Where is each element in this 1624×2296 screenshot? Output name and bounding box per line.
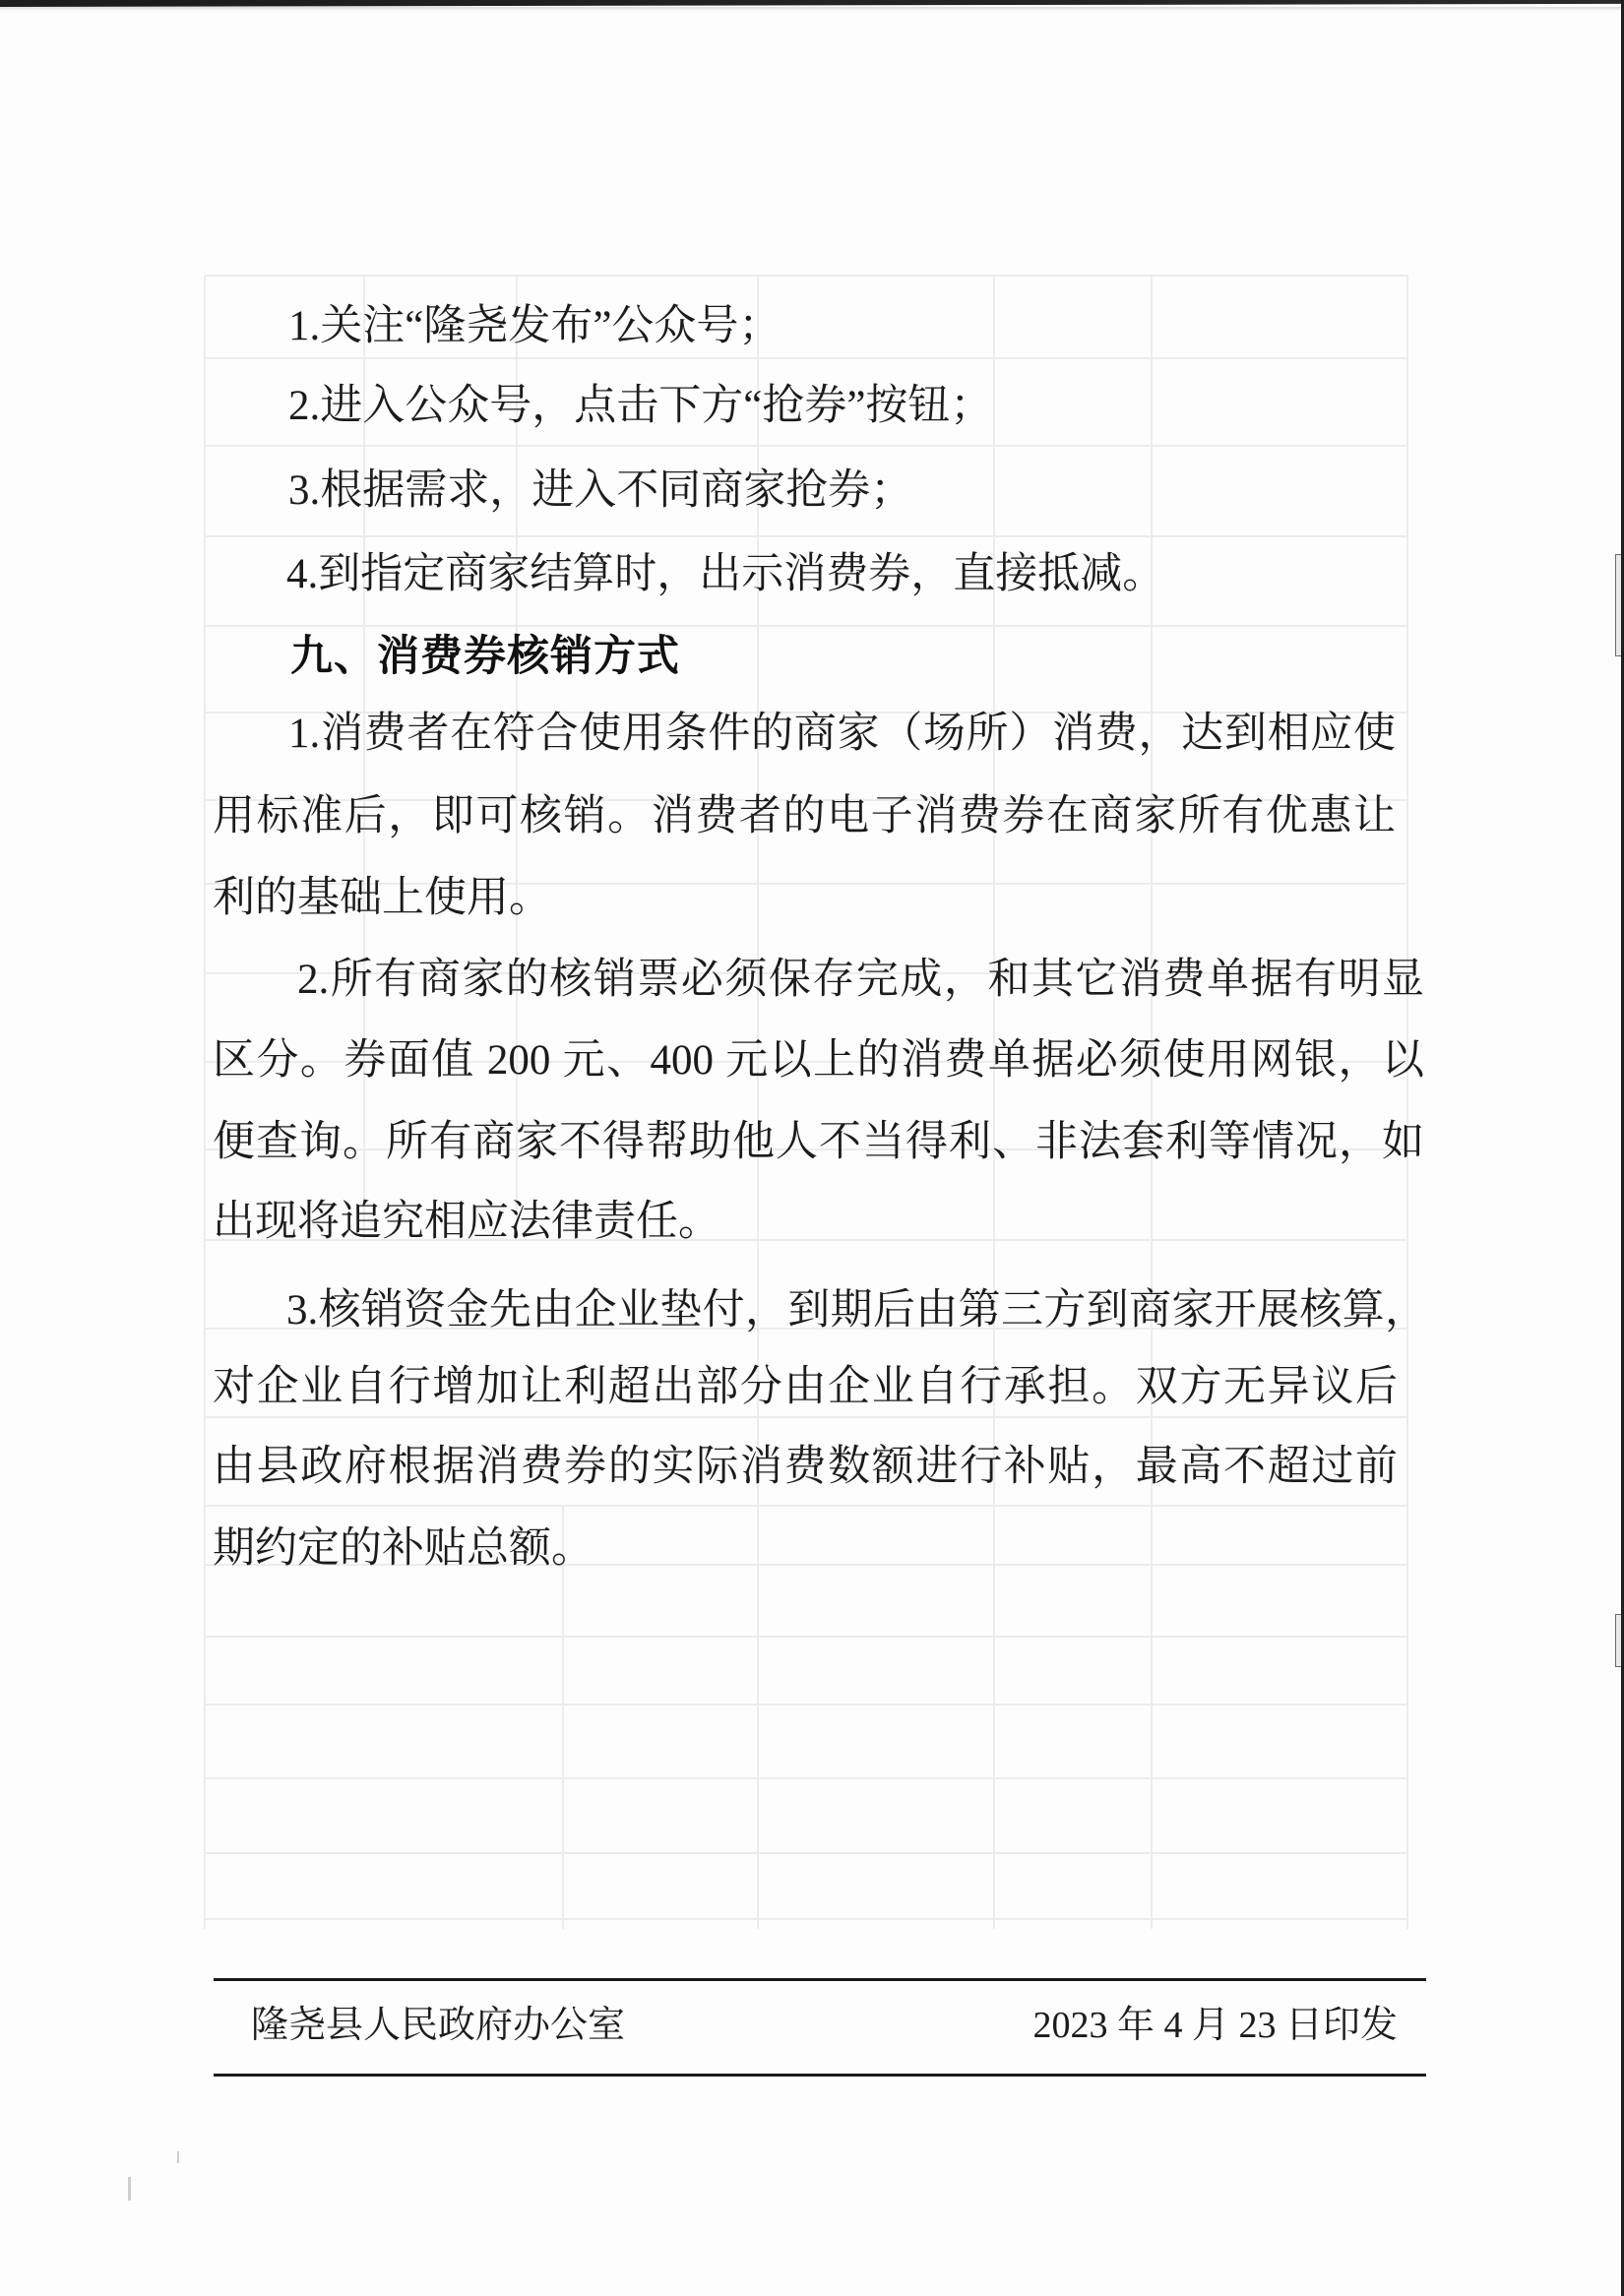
paragraph-line: 区分。券面值 200 元、400 元以上的消费单据必须使用网银，以 (213, 1031, 1424, 1090)
scan-speck (177, 2151, 179, 2163)
paragraph-line: 期约定的补贴总额。 (213, 1520, 593, 1579)
step-item: 4.到指定商家结算时，出示消费券，直接抵减。 (286, 545, 1164, 604)
step-item: 2.进入公众号，点击下方“抢券”按钮； (288, 377, 992, 436)
paragraph-line: 由县政府根据消费券的实际消费数额进行补贴，最高不超过前 (213, 1438, 1398, 1497)
paragraph-line: 便查询。所有商家不得帮助他人不当得利、非法套利等情况，如 (213, 1113, 1424, 1172)
scan-speck (128, 2177, 131, 2201)
footer-bottom-rule (214, 2074, 1426, 2077)
scan-edge-notch (1615, 1614, 1621, 1667)
section-heading: 九、消费券核销方式 (290, 627, 680, 686)
paragraph-line: 对企业自行增加让利超出部分由企业自行承担。双方无异议后 (213, 1358, 1398, 1417)
paragraph-line: 3.核销资金先由企业垫付，到期后由第三方到商家开展核算， (286, 1281, 1427, 1340)
step-item: 3.根据需求，进入不同商家抢券； (288, 462, 912, 521)
step-item: 1.关注“隆尧发布”公众号； (288, 297, 781, 356)
document-page: 1.关注“隆尧发布”公众号； 2.进入公众号，点击下方“抢券”按钮； 3.根据需… (0, 0, 1624, 2296)
paragraph-line: 2.所有商家的核销票必须保存完成，和其它消费单据有明显 (297, 951, 1424, 1010)
paragraph-line: 1.消费者在符合使用条件的商家（场所）消费，达到相应使 (288, 705, 1396, 764)
paragraph-line: 利的基础上使用。 (213, 869, 551, 928)
paragraph-line: 出现将追究相应法律责任。 (213, 1193, 720, 1252)
footer-top-rule (214, 1978, 1426, 1981)
paragraph-line: 用标准后，即可核销。消费者的电子消费券在商家所有优惠让 (213, 787, 1396, 846)
footer-date: 2023 年 4 月 23 日印发 (1032, 2001, 1398, 2050)
footer-issuer: 隆尧县人民政府办公室 (251, 2001, 625, 2050)
scan-edge-notch (1615, 554, 1621, 656)
scan-top-shadow (0, 7, 1624, 11)
